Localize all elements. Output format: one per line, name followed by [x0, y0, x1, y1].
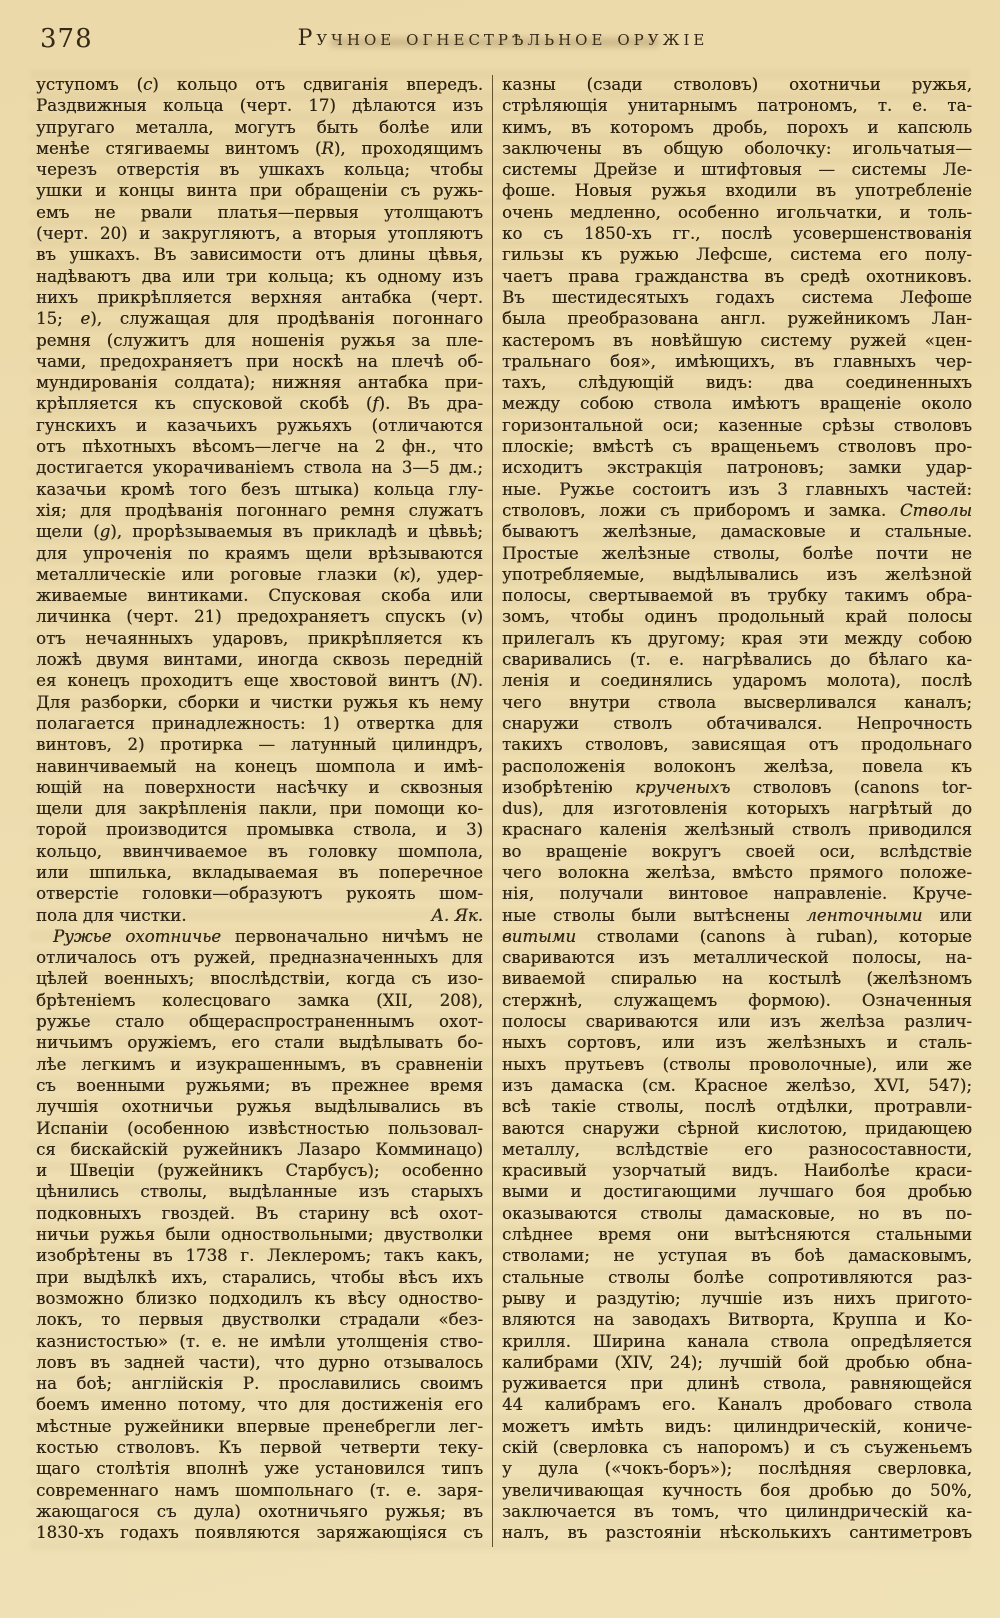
- text-line: ныхъ прутьевъ (стволы проволочные), или …: [502, 1054, 972, 1075]
- encyclopedia-page: 378 Ручное огнестрѣльное оружіе уступомъ…: [0, 0, 1000, 1618]
- text-line: между собою ствола имѣютъ вращеніе около: [502, 393, 972, 414]
- text-line: чего волокна желѣза, вмѣсто прямого поло…: [502, 862, 972, 883]
- text-line: кастеромъ въ новѣйшую систему ружей «цен…: [502, 330, 972, 351]
- text-line: виваемой спиралью на костылѣ (желѣзномъ: [502, 968, 972, 989]
- text-line: ко съ 1850-хъ гг., послѣ усовершенствова…: [502, 223, 972, 244]
- text-line: живаемые винтиками. Спусковая скоба или: [36, 585, 483, 606]
- text-line: мѣстные ружейники впервые пренебрегли ле…: [36, 1416, 483, 1437]
- text-line: и Швеціи (ружейникъ Старбусъ); особенно: [36, 1160, 483, 1181]
- text-line: вляются на заводахъ Витворта, Круппа и К…: [502, 1309, 972, 1330]
- text-line: современнаго намъ шомпольнаго (т. е. зар…: [36, 1480, 483, 1501]
- right-column: казны (сзади стволовъ) охотничьи ружья,с…: [502, 74, 972, 1543]
- text-line: стволовъ, ложи съ приборомъ и замка. Ств…: [502, 500, 972, 521]
- text-line: калибрами (XIV, 24); лучшій бой дробью о…: [502, 1352, 972, 1373]
- text-line: Раздвижныя кольца (черт. 17) дѣлаются из…: [36, 95, 483, 116]
- text-line: жающагося съ дула) охотничьяго ружья; въ: [36, 1501, 483, 1522]
- text-line: кимъ, въ которомъ дробь, порохъ и капсюл…: [502, 117, 972, 138]
- text-line: dus), для изготовленія которыхъ нагрѣтый…: [502, 798, 972, 819]
- text-line: заключены въ общую оболочку: игольчатыя—: [502, 138, 972, 159]
- text-line: нія, получали винтовое направленіе. Круч…: [502, 883, 972, 904]
- text-line: навинчиваемый на конецъ шомпола и имѣ-: [36, 756, 483, 777]
- text-line: ющій на поверхности насѣчку и сквозныя: [36, 777, 483, 798]
- text-line: стержнѣ, служащемъ формою). Означенныя: [502, 990, 972, 1011]
- text-line: полосы, свертываемой въ трубку такимъ об…: [502, 585, 972, 606]
- text-line: цѣнились стволы, выдѣланные изъ старыхъ: [36, 1181, 483, 1202]
- text-line: ся бискайскій ружейникъ Лазаро Комминацо…: [36, 1139, 483, 1160]
- column-divider: [492, 75, 493, 1547]
- text-line: ружье стало общераспространеннымъ охот-: [36, 1011, 483, 1032]
- text-line: для упроченія по краямъ щели врѣзываются: [36, 543, 483, 564]
- text-line: казачьи кромѣ того безъ штыка) кольца гл…: [36, 479, 483, 500]
- text-line: заключается въ томъ, что цилиндрическій …: [502, 1501, 972, 1522]
- text-line: упругаго металла, могутъ быть болѣе или: [36, 117, 483, 138]
- text-line: стволами; не уступая въ боѣ дамасковымъ,: [502, 1245, 972, 1266]
- text-line: стальные стволы болѣе сопротивляются раз…: [502, 1267, 972, 1288]
- text-line: свариваются изъ металлической полосы, на…: [502, 947, 972, 968]
- text-line: при выдѣлкѣ ихъ, старались, чтобы вѣсъ и…: [36, 1267, 483, 1288]
- text-line: бываютъ желѣзные, дамасковые и стальные.: [502, 521, 972, 542]
- text-line: металлическіе или роговые глазки (к), уд…: [36, 564, 483, 585]
- text-line: Ружье охотничье первоначально ничѣмъ не: [36, 926, 483, 947]
- text-line: зомъ, чтобы одинъ продольный край полосы: [502, 606, 972, 627]
- text-line: слѣднее время они вытѣсняются стальными: [502, 1224, 972, 1245]
- text-line: ныхъ сортовъ, или изъ желѣзныхъ и сталь-: [502, 1032, 972, 1053]
- text-line: ные. Ружье состоитъ изъ 3 главныхъ часте…: [502, 479, 972, 500]
- text-line: пола для чистки.А. Як.: [36, 905, 483, 926]
- text-line: ловъ въ задней части), что дурно отзывал…: [36, 1352, 483, 1373]
- text-line: полосы свариваются или изъ желѣза различ…: [502, 1011, 972, 1032]
- paragraph-end-text: пола для чистки.: [36, 905, 186, 926]
- text-line: тральнаго боя», имѣющихъ, въ главныхъ че…: [502, 351, 972, 372]
- text-line: гунскихъ и казачьихъ ружьяхъ (отличаются: [36, 415, 483, 436]
- text-line: боемъ именно потому, что для достиженія …: [36, 1394, 483, 1415]
- text-line: возможно близко подходилъ къ вѣсу одност…: [36, 1288, 483, 1309]
- text-line: увеличивающая кучность боя дробью до 50%…: [502, 1480, 972, 1501]
- text-columns: уступомъ (c) кольцо отъ сдвиганія вперед…: [36, 74, 972, 1618]
- text-line: расположенія волоконъ желѣза, повела къ: [502, 756, 972, 777]
- text-line: скій (сверловка съ напоромъ) и съ съужен…: [502, 1437, 972, 1458]
- text-line: ложѣ двумя винтами, иногда сквозь передн…: [36, 649, 483, 670]
- text-line: лучшія охотничьи ружья выдѣлывались въ: [36, 1096, 483, 1117]
- text-line: прилегалъ къ другому; края эти между соб…: [502, 628, 972, 649]
- text-line: цѣлей военныхъ; впослѣдствіи, когда съ и…: [36, 968, 483, 989]
- text-line: 1830-хъ годахъ появляются заряжающіяся с…: [36, 1522, 483, 1543]
- text-line: очень медленно, особенно игольчатки, и т…: [502, 202, 972, 223]
- text-line: витыми стволами (canons à ruban), которы…: [502, 926, 972, 947]
- text-line: изобрѣтенію крученыхъ стволовъ (canons t…: [502, 777, 972, 798]
- text-line: ничьи ружья были одноствольными; двуство…: [36, 1224, 483, 1245]
- text-line: употребляемые, выдѣлывались изъ желѣзной: [502, 564, 972, 585]
- text-line: подковныхъ гвоздей. Въ старину всѣ охот-: [36, 1203, 483, 1224]
- author-signature: А. Як.: [431, 905, 483, 926]
- text-line: рыву и раздутію; лучшіе изъ нихъ пригото…: [502, 1288, 972, 1309]
- text-line: такихъ стволовъ, зависящая отъ продольна…: [502, 734, 972, 755]
- text-line: менѣе стягиваемы винтомъ (R), проходящим…: [36, 138, 483, 159]
- text-line: краснаго каленія желѣзный стволъ приводи…: [502, 819, 972, 840]
- text-line: красивый узорчатый видъ. Наиболѣе краси-: [502, 1160, 972, 1181]
- text-line: налъ, въ разстояніи нѣсколькихъ сантимет…: [502, 1522, 972, 1543]
- text-line: локъ, то первыя двустволки страдали «без…: [36, 1309, 483, 1330]
- text-line: Простые желѣзные стволы, болѣе почти не: [502, 543, 972, 564]
- text-line: ные стволы были вытѣснены ленточными или: [502, 905, 972, 926]
- text-line: отъ пѣхотныхъ вѣсомъ—легче на 2 фн., что: [36, 436, 483, 457]
- text-line: щели (g), прорѣзываемыя въ прикладѣ и цѣ…: [36, 521, 483, 542]
- text-line: всѣ такіе стволы, послѣ отдѣлки, протрав…: [502, 1096, 972, 1117]
- text-line: нихъ прикрѣпляется верхняя антабка (черт…: [36, 287, 483, 308]
- text-line: емъ не рвали платья—первыя утолщаютъ: [36, 202, 483, 223]
- text-line: гильзы къ ружью Лефсше, система его полу…: [502, 244, 972, 265]
- text-line: уступомъ (c) кольцо отъ сдвиганія вперед…: [36, 74, 483, 95]
- text-line: Для разборки, сборки и чистки ружья къ н…: [36, 692, 483, 713]
- text-line: винтовъ, 2) протирка — латунный цилиндръ…: [36, 734, 483, 755]
- text-line: достигается укорачиваніемъ ствола на 3—5…: [36, 457, 483, 478]
- text-line: щели для закрѣпленія пакли, при помощи к…: [36, 798, 483, 819]
- text-line: хія; для продѣванія погоннаго ремня служ…: [36, 500, 483, 521]
- text-line: ремня (служитъ для ношенія ружья за пле-: [36, 330, 483, 351]
- text-line: ушки и концы винта при обращеніи съ ружь…: [36, 180, 483, 201]
- text-line: тахъ, слѣдующій видъ: два соединенныхъ: [502, 372, 972, 393]
- text-line: оказываются стволы дамасковые, но въ по-: [502, 1203, 972, 1224]
- text-line: ея конецъ проходитъ еще хвостовой винтъ …: [36, 670, 483, 691]
- text-line: сваривались (т. е. нагрѣвались до бѣлаго…: [502, 649, 972, 670]
- text-line: исходитъ экстракція патроновъ; замки уда…: [502, 457, 972, 478]
- text-line: съ военными ружьями; въ прежнее время: [36, 1075, 483, 1096]
- text-line: щаго столѣтія вполнѣ уже установился тип…: [36, 1458, 483, 1479]
- text-line: надѣваютъ два или три кольца; къ одному …: [36, 266, 483, 287]
- text-line: крилля. Ширина канала ствола опредѣляетс…: [502, 1331, 972, 1352]
- text-line: во вращеніе вокругъ своей оси, вслѣдстві…: [502, 841, 972, 862]
- text-line: на боѣ; англійскія Р. прославились своим…: [36, 1373, 483, 1394]
- text-line: стрѣляющія унитарнымъ патрономъ, т. е. т…: [502, 95, 972, 116]
- text-line: была преобразована англ. ружейникомъ Лан…: [502, 308, 972, 329]
- text-line: отличалось отъ ружей, предназначенныхъ д…: [36, 947, 483, 968]
- text-line: ничьимъ оружіемъ, его стали выдѣлывать б…: [36, 1032, 483, 1053]
- text-line: или шпилька, вкладываемая въ поперечное: [36, 862, 483, 883]
- text-line: изъ дамаска (см. Красное желѣзо, XVI, 54…: [502, 1075, 972, 1096]
- text-line: выми и достигающими лучшаго боя дробью: [502, 1181, 972, 1202]
- text-line: снаружи стволъ обтачивался. Непрочность: [502, 713, 972, 734]
- text-line: Испаніи (особенною извѣстностью пользова…: [36, 1118, 483, 1139]
- text-line: системы Дрейзе и штифтовыя — системы Ле-: [502, 159, 972, 180]
- text-line: ваются снаружи сѣрной кислотою, придающе…: [502, 1118, 972, 1139]
- text-line: лѣе легкимъ и изукрашеннымъ, въ сравнені…: [36, 1054, 483, 1075]
- text-line: полагается принадлежность: 1) отвертка д…: [36, 713, 483, 734]
- text-line: кольцо, ввинчиваемое въ головку шомпола,: [36, 841, 483, 862]
- text-line: костью стволовъ. Къ первой четверти теку…: [36, 1437, 483, 1458]
- text-line: плоскіе; вмѣстѣ съ вращеньемъ стволовъ п…: [502, 436, 972, 457]
- text-line: чего внутри ствола высверливался каналъ;: [502, 692, 972, 713]
- text-line: брѣтеніемъ колесцоваго замка (XII, 208),: [36, 990, 483, 1011]
- text-line: въ ушкахъ. Въ зависимости отъ длины цѣвь…: [36, 244, 483, 265]
- text-line: 15; e), служащая для продѣванія погоннаг…: [36, 308, 483, 329]
- text-line: у дула («чокъ-боръ»); послѣдняя сверловк…: [502, 1458, 972, 1479]
- text-line: Въ шестидесятыхъ годахъ система Лефоше: [502, 287, 972, 308]
- text-line: фоше. Новыя ружья входили въ употреблені…: [502, 180, 972, 201]
- text-line: ленія и соединялись ударомъ молота), пос…: [502, 670, 972, 691]
- text-line: руживается при длинѣ ствола, равняющейся: [502, 1373, 972, 1394]
- text-line: отверстіе головки—образуютъ рукоять шом-: [36, 883, 483, 904]
- text-line: отъ нечаянныхъ ударовъ, прикрѣпляется къ: [36, 628, 483, 649]
- text-line: чаетъ права гражданства въ средѣ охотник…: [502, 266, 972, 287]
- text-line: чами, предохраняетъ при носкѣ на плечѣ о…: [36, 351, 483, 372]
- text-line: казнистостью» (т. е. не имѣли утолщенія …: [36, 1331, 483, 1352]
- text-line: крѣпляется къ спусковой скобѣ (f). Въ др…: [36, 393, 483, 414]
- text-line: изобрѣтены въ 1738 г. Леклеромъ; такъ ка…: [36, 1245, 483, 1266]
- text-line: горизонтальной оси; казенные срѣзы ствол…: [502, 415, 972, 436]
- text-line: торой производится промывка ствола, и 3): [36, 819, 483, 840]
- verso-showthrough-smudge: [330, 38, 660, 47]
- text-line: металлу, вслѣдствіе его разносоставности…: [502, 1139, 972, 1160]
- text-line: мундированія солдата); нижняя антабка пр…: [36, 372, 483, 393]
- text-line: личинка (черт. 21) предохраняетъ спускъ …: [36, 606, 483, 627]
- text-line: можетъ имѣть видъ: цилиндрическій, конич…: [502, 1416, 972, 1437]
- left-column: уступомъ (c) кольцо отъ сдвиганія вперед…: [36, 74, 483, 1543]
- text-line: (черт. 20) и закругляютъ, а вторыя утопл…: [36, 223, 483, 244]
- text-line: казны (сзади стволовъ) охотничьи ружья,: [502, 74, 972, 95]
- text-line: 44 калибрамъ его. Каналъ дробоваго ствол…: [502, 1394, 972, 1415]
- text-line: черезъ отверстія въ ушкахъ кольца; чтобы: [36, 159, 483, 180]
